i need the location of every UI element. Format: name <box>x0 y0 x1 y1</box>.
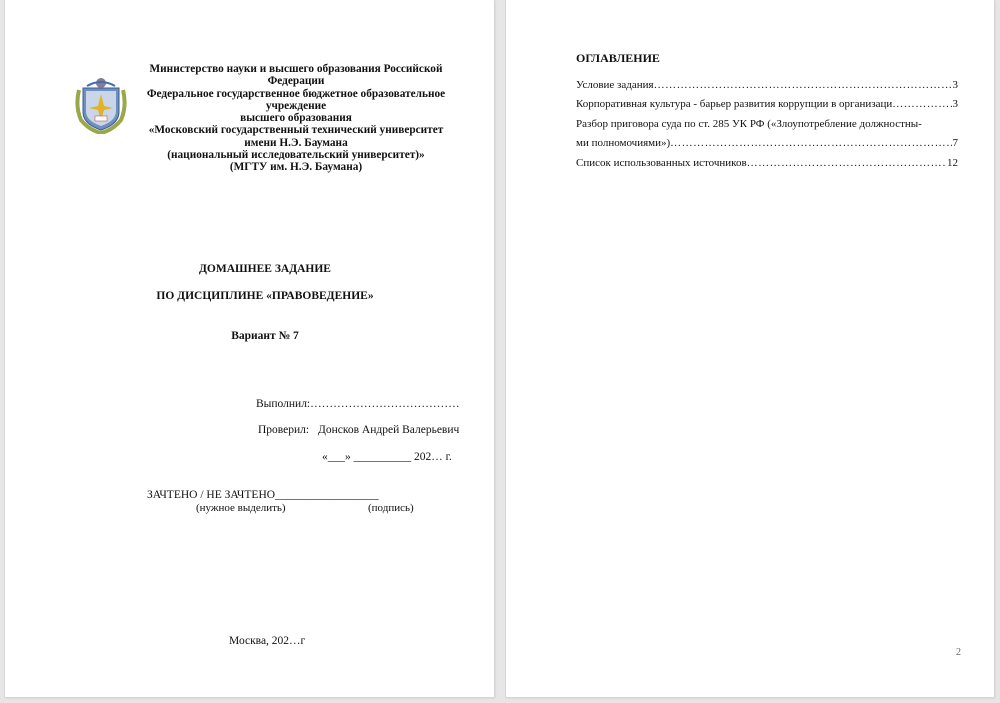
header-line: Министерство науки и высшего образования… <box>135 63 457 75</box>
document-subtitle: ПО ДИСЦИПЛИНЕ «ПРАВОВЕДЕНИЕ» <box>125 290 405 302</box>
toc-entry[interactable]: ми полномочиями») 7 <box>576 137 958 149</box>
toc-title: ОГЛАВЛЕНИЕ <box>576 51 660 66</box>
toc-entry[interactable]: Условие задания 3 <box>576 79 958 91</box>
toc-entry-text: Разбор приговора суда по ст. 285 УК РФ (… <box>576 118 922 130</box>
toc-entry-text: ми полномочиями») <box>576 137 670 149</box>
header-line: «Московский государственный технический … <box>135 124 457 136</box>
performed-by-line: Выполнил:………………………………… <box>256 398 460 410</box>
header-line: высшего образования <box>135 112 457 124</box>
header-line: учреждение <box>135 100 457 112</box>
city-year: Москва, 202…г <box>229 635 305 647</box>
university-crest-icon <box>73 76 129 134</box>
header-line: Федеральное государственное бюджетное об… <box>135 88 457 100</box>
header-line: (национальный исследовательский универси… <box>135 149 457 161</box>
toc-entry-page: 7 <box>952 137 959 149</box>
document-title: ДОМАШНЕЕ ЗАДАНИЕ <box>125 263 405 275</box>
toc-entry-page: 12 <box>946 157 958 169</box>
toc-entry-line1[interactable]: Разбор приговора суда по ст. 285 УК РФ (… <box>576 118 958 130</box>
institution-header: Министерство науки и высшего образования… <box>135 63 457 174</box>
toc-entry-text: Список использованных источников <box>576 157 747 169</box>
toc-entry-text: Корпоративная культура - барьер развития… <box>576 98 892 110</box>
toc-leader-dots <box>654 79 952 91</box>
date-line: «___» __________ 202… г. <box>322 451 452 463</box>
toc-entry[interactable]: Список использованных источников 12 <box>576 157 958 169</box>
header-line: имени Н.Э. Баумана <box>135 137 457 149</box>
document-page-2: ОГЛАВЛЕНИЕ Условие задания 3 Корпоративн… <box>506 0 994 697</box>
header-line: Федерации <box>135 75 457 87</box>
grade-line: ЗАЧТЕНО / НЕ ЗАЧТЕНО__________________ <box>147 489 379 501</box>
toc-leader-dots <box>670 137 951 149</box>
toc-entry-page: 3 <box>952 98 959 110</box>
checked-by-name: Донсков Андрей Валерьевич <box>318 424 459 436</box>
header-line: (МГТУ им. Н.Э. Баумана) <box>135 161 457 173</box>
toc-leader-dots <box>747 157 946 169</box>
toc-entry[interactable]: Корпоративная культура - барьер развития… <box>576 98 958 110</box>
toc-entry-page: 3 <box>952 79 959 91</box>
checked-by-label: Проверил: <box>258 424 309 436</box>
variant-label: Вариант № 7 <box>125 330 405 342</box>
page-number: 2 <box>956 647 961 658</box>
grade-hint: (нужное выделить) <box>196 502 286 514</box>
toc-leader-dots <box>892 98 951 110</box>
signature-hint: (подпись) <box>368 502 414 514</box>
toc-entry-text: Условие задания <box>576 79 654 91</box>
document-page-1: Министерство науки и высшего образования… <box>5 0 494 697</box>
